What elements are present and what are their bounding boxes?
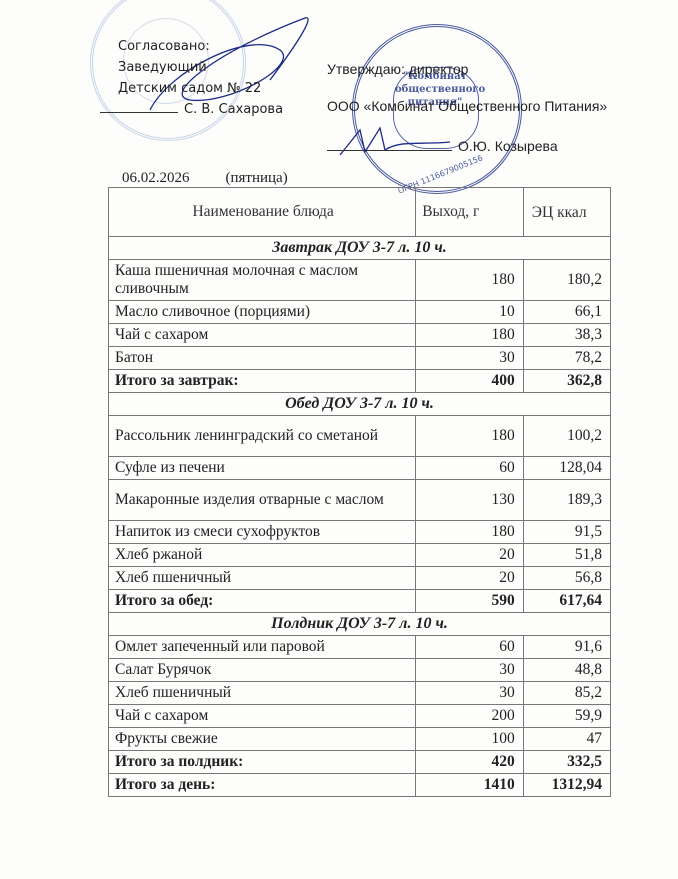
dish-name: Батон xyxy=(109,347,416,370)
dish-yield: 30 xyxy=(416,682,524,705)
approval-label: Согласовано: xyxy=(118,36,283,57)
section-row: Завтрак ДОУ 3-7 л. 10 ч. xyxy=(109,237,611,260)
section-total-row: Итого за обед:590617,64 xyxy=(109,590,611,613)
table-row: Батон3078,2 xyxy=(109,347,611,370)
dish-name: Хлеб ржаной xyxy=(109,544,416,567)
approval-signatory: С. В. Сахарова xyxy=(184,102,283,117)
dish-kcal: 38,3 xyxy=(523,324,610,347)
total-yield: 420 xyxy=(416,751,524,774)
header-dish-name: Наименование блюда xyxy=(109,188,416,237)
dish-kcal: 59,9 xyxy=(523,705,610,728)
dish-yield: 100 xyxy=(416,728,524,751)
dish-kcal: 85,2 xyxy=(523,682,610,705)
dish-kcal: 189,3 xyxy=(523,480,610,521)
table-row: Омлет запеченный или паровой6091,6 xyxy=(109,636,611,659)
dish-kcal: 48,8 xyxy=(523,659,610,682)
approval-organization: Детским садом № 22 xyxy=(118,78,283,99)
dish-name: Хлеб пшеничный xyxy=(109,567,416,590)
table-row: Масло сливочное (порциями)1066,1 xyxy=(109,301,611,324)
confirmation-organization: ООО «Комбинат Общественного Питания» xyxy=(327,98,607,114)
dish-yield: 180 xyxy=(416,416,524,457)
table-row: Чай с сахаром18038,3 xyxy=(109,324,611,347)
dish-kcal: 78,2 xyxy=(523,347,610,370)
total-yield: 590 xyxy=(416,590,524,613)
table-row: Суфле из печени60128,04 xyxy=(109,457,611,480)
dish-kcal: 91,6 xyxy=(523,636,610,659)
menu-table: Наименование блюда Выход, г ЭЦ ккал Завт… xyxy=(108,187,611,797)
dish-yield: 60 xyxy=(416,636,524,659)
confirmation-label: Утверждаю: директор xyxy=(327,61,468,77)
dish-kcal: 180,2 xyxy=(523,260,610,301)
dish-yield: 30 xyxy=(416,659,524,682)
dish-name: Напиток из смеси сухофруктов xyxy=(109,521,416,544)
dish-name: Салат Бурячок xyxy=(109,659,416,682)
dish-name: Суфле из печени xyxy=(109,457,416,480)
day-total-kcal: 1312,94 xyxy=(523,774,610,797)
dish-kcal: 91,5 xyxy=(523,521,610,544)
dish-yield: 130 xyxy=(416,480,524,521)
table-row: Напиток из смеси сухофруктов18091,5 xyxy=(109,521,611,544)
dish-yield: 180 xyxy=(416,260,524,301)
table-row: Салат Бурячок3048,8 xyxy=(109,659,611,682)
dish-kcal: 56,8 xyxy=(523,567,610,590)
dish-name: Каша пшеничная молочная с маслом сливочн… xyxy=(109,260,416,301)
total-kcal: 332,5 xyxy=(523,751,610,774)
dish-name: Масло сливочное (порциями) xyxy=(109,301,416,324)
dish-name: Рассольник ленинградский со сметаной xyxy=(109,416,416,457)
dish-name: Чай с сахаром xyxy=(109,324,416,347)
day-total-yield: 1410 xyxy=(416,774,524,797)
confirmation-signatory: О.Ю. Козырева xyxy=(458,138,558,154)
section-total-row: Итого за завтрак:400362,8 xyxy=(109,370,611,393)
section-total-row: Итого за полдник:420332,5 xyxy=(109,751,611,774)
total-label: Итого за полдник: xyxy=(109,751,416,774)
section-row: Обед ДОУ 3-7 л. 10 ч. xyxy=(109,393,611,416)
total-kcal: 362,8 xyxy=(523,370,610,393)
approval-block: Согласовано: Заведующий Детским садом № … xyxy=(118,36,283,120)
menu-date: 06.02.2026 xyxy=(122,170,190,186)
menu-weekday: (пятница) xyxy=(226,170,288,186)
dish-kcal: 128,04 xyxy=(523,457,610,480)
header-yield: Выход, г xyxy=(416,188,524,237)
total-yield: 400 xyxy=(416,370,524,393)
table-row: Хлеб пшеничный3085,2 xyxy=(109,682,611,705)
dish-name: Чай с сахаром xyxy=(109,705,416,728)
section-row: Полдник ДОУ 3-7 л. 10 ч. xyxy=(109,613,611,636)
header-kcal: ЭЦ ккал xyxy=(523,188,610,237)
table-row: Чай с сахаром20059,9 xyxy=(109,705,611,728)
dish-kcal: 51,8 xyxy=(523,544,610,567)
approval-position: Заведующий xyxy=(118,57,283,78)
table-row: Хлеб пшеничный2056,8 xyxy=(109,567,611,590)
dish-yield: 180 xyxy=(416,324,524,347)
table-row: Хлеб ржаной2051,8 xyxy=(109,544,611,567)
dish-yield: 200 xyxy=(416,705,524,728)
day-total-label: Итого за день: xyxy=(109,774,416,797)
total-label: Итого за завтрак: xyxy=(109,370,416,393)
dish-yield: 60 xyxy=(416,457,524,480)
dish-yield: 10 xyxy=(416,301,524,324)
dish-yield: 20 xyxy=(416,544,524,567)
dish-name: Хлеб пшеничный xyxy=(109,682,416,705)
dish-yield: 20 xyxy=(416,567,524,590)
dish-kcal: 100,2 xyxy=(523,416,610,457)
table-row: Рассольник ленинградский со сметаной1801… xyxy=(109,416,611,457)
section-title: Обед ДОУ 3-7 л. 10 ч. xyxy=(109,393,611,416)
dish-name: Омлет запеченный или паровой xyxy=(109,636,416,659)
dish-kcal: 47 xyxy=(523,728,610,751)
total-kcal: 617,64 xyxy=(523,590,610,613)
dish-kcal: 66,1 xyxy=(523,301,610,324)
section-title: Завтрак ДОУ 3-7 л. 10 ч. xyxy=(109,237,611,260)
table-row: Макаронные изделия отварные с маслом1301… xyxy=(109,480,611,521)
section-title: Полдник ДОУ 3-7 л. 10 ч. xyxy=(109,613,611,636)
day-total-row: Итого за день:14101312,94 xyxy=(109,774,611,797)
total-label: Итого за обед: xyxy=(109,590,416,613)
dish-yield: 180 xyxy=(416,521,524,544)
dish-name: Фрукты свежие xyxy=(109,728,416,751)
menu-date-line: 06.02.2026(пятница) xyxy=(122,170,324,187)
dish-name: Макаронные изделия отварные с маслом xyxy=(109,480,416,521)
table-row: Фрукты свежие10047 xyxy=(109,728,611,751)
table-row: Каша пшеничная молочная с маслом сливочн… xyxy=(109,260,611,301)
dish-yield: 30 xyxy=(416,347,524,370)
